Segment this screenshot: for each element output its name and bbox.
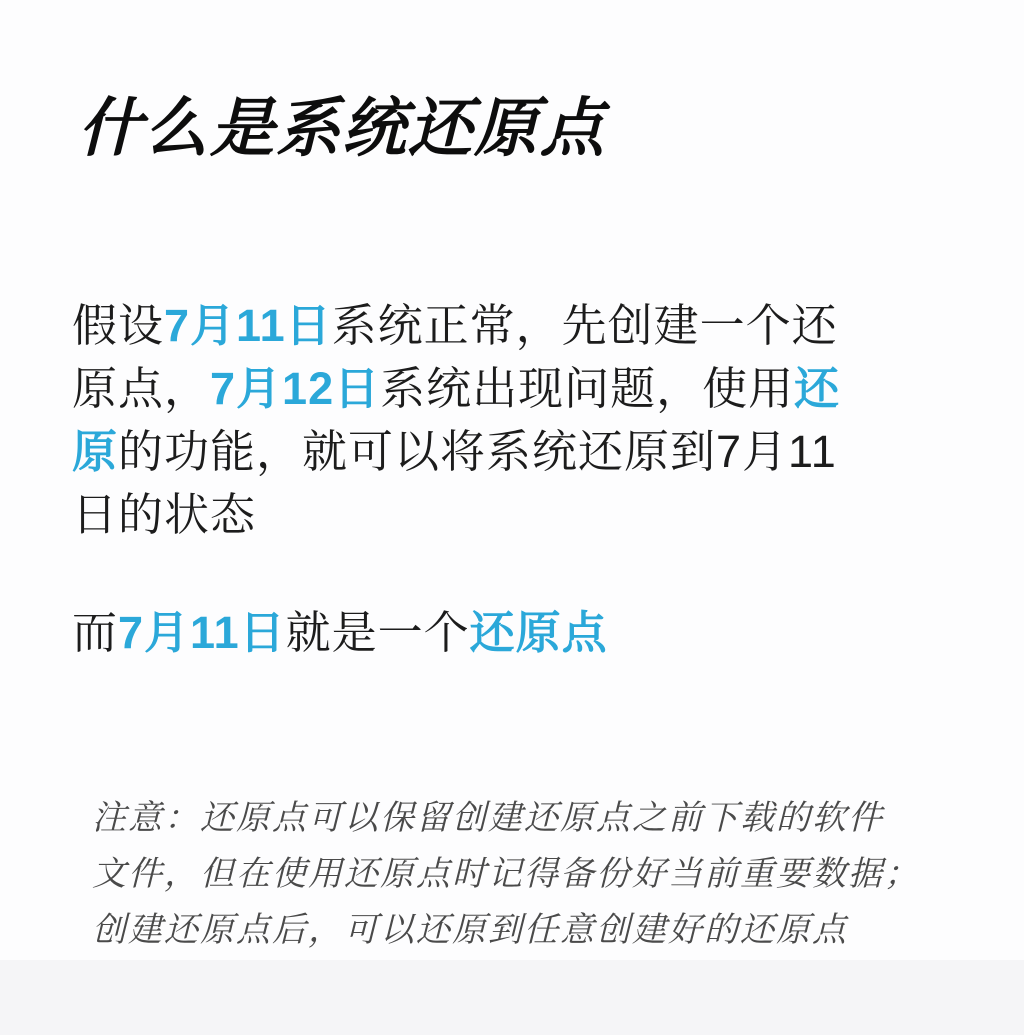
text-line: 创建还原点后，可以还原到任意创建好的还原点 [92, 902, 984, 958]
text-line: 文件，但在使用还原点时记得备份好当前重要数据； [92, 846, 984, 902]
paragraph-restore-point-summary: 而7月11日就是一个还原点 [72, 601, 984, 664]
text-segment: 系统出现问题，使用 [380, 363, 794, 414]
text-segment: 就是一个 [286, 607, 470, 658]
article-page: 什么是系统还原点 假设7月11日系统正常，先创建一个还原点，7月12日系统出现问… [0, 0, 1024, 1035]
highlighted-text-segment: 还 [794, 363, 840, 414]
highlighted-text-segment: 7月12日 [210, 363, 380, 414]
text-segment: 日的状态 [72, 489, 256, 540]
highlighted-text-segment: 7月11日 [164, 300, 332, 351]
text-segment: 的功能，就可以将系统还原到7月11 [118, 426, 837, 477]
highlighted-text-segment: 原 [72, 426, 118, 477]
highlighted-text-segment: 7月11日 [118, 607, 286, 658]
text-segment: 系统正常，先创建一个还 [332, 300, 838, 351]
text-line: 日的状态 [72, 483, 984, 546]
paragraph-restore-point-definition: 假设7月11日系统正常，先创建一个还原点，7月12日系统出现问题，使用还原的功能… [72, 294, 984, 546]
text-segment: 假设 [72, 300, 164, 351]
text-segment: 而 [72, 607, 118, 658]
text-line: 原点，7月12日系统出现问题，使用还 [72, 357, 984, 420]
text-line: 注意：还原点可以保留创建还原点之前下载的软件 [92, 790, 984, 846]
text-line: 而7月11日就是一个还原点 [72, 601, 984, 664]
page-title: 什么是系统还原点 [78, 88, 984, 168]
text-segment: 原点， [72, 363, 210, 414]
note-text: 注意：还原点可以保留创建还原点之前下载的软件文件，但在使用还原点时记得备份好当前… [92, 790, 984, 958]
highlighted-text-segment: 还原点 [470, 607, 608, 658]
bottom-band [0, 960, 1024, 1035]
text-line: 原的功能，就可以将系统还原到7月11 [72, 420, 984, 483]
text-line: 假设7月11日系统正常，先创建一个还 [72, 294, 984, 357]
